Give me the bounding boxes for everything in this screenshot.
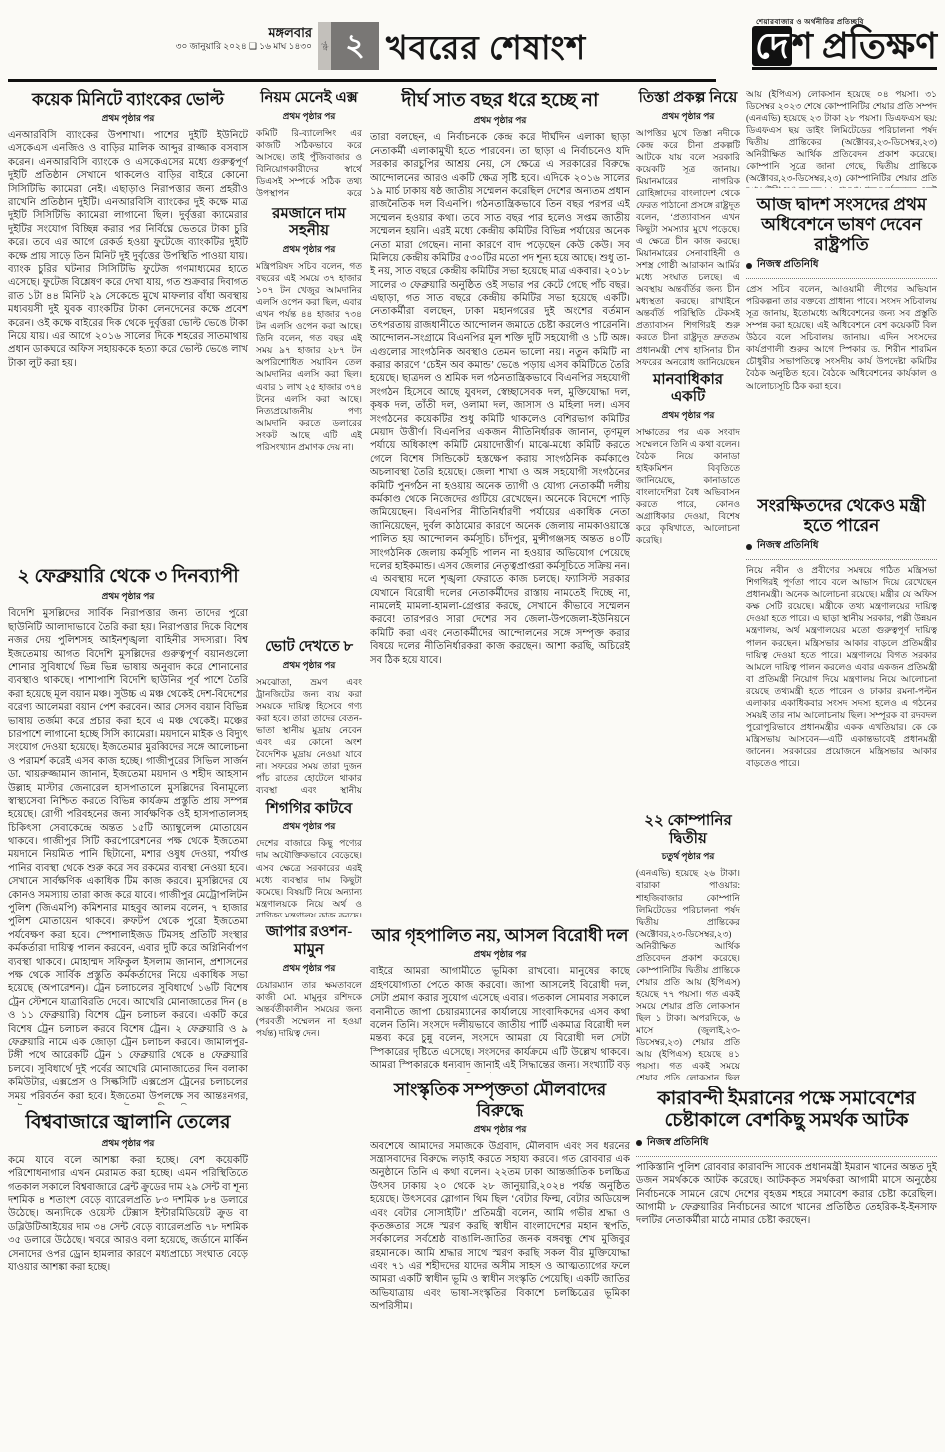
story-ministers: সংরক্ষিতদের থেকেও মন্ত্রী হতে পারেন নিজস… <box>746 496 937 1080</box>
byline-bullet-icon <box>636 1140 642 1146</box>
column-left: কয়েক মিনিটে ব্যাংকের ভোল্ট প্রথম পৃষ্ঠা… <box>8 88 248 1444</box>
story-body: প্রেস সচিব বলেন, আওয়ামী লীগের অভিযান পর… <box>746 283 937 489</box>
story-headline: আর গৃহপালিত নয়, আসল বিরোধী দল <box>370 926 630 946</box>
date-line: ৩০ জানুয়ারি ২০২৪ ❑ ১৬ মাঘ ১৪৩০ <box>150 41 312 51</box>
story-body: আয় (ইপিএস) লোকসান হয়েছে ০৪ পয়সা। ৩১ ড… <box>746 88 937 188</box>
story-headline: জাপার রওশন-মামুন <box>256 924 362 959</box>
byline-text: নিজস্ব প্রতিনিধি <box>647 1135 709 1152</box>
story-body: (এনএভি) হয়েছে ২৬ টাকা। বারাকা পাওয়ার: … <box>636 867 740 1080</box>
story-headline: সংরক্ষিতদের থেকেও মন্ত্রী হতে পারেন <box>746 496 937 536</box>
story-headline: দীর্ঘ সাত বছর ধরে হচ্ছে না <box>370 90 630 112</box>
story-headline: আজ দ্বাদশ সংসদের প্রথম অধিবেশনে ভাষণ দেব… <box>746 195 937 255</box>
story-eps-tail: আয় (ইপিএস) লোকসান হয়েছে ০৪ পয়সা। ৩১ ড… <box>746 88 937 188</box>
story-body: বিদেশি মুসল্লিদের সার্বিক নিরাপত্তার জন্… <box>8 607 248 1105</box>
byline: নিজস্ব প্রতিনিধি <box>746 257 937 279</box>
continued-from-label: প্রথম পৃষ্ঠার পর <box>256 242 362 257</box>
story-opposition: আর গৃহপালিত নয়, আসল বিরোধী দল প্রথম পৃষ… <box>370 926 630 1073</box>
story-headline: কারাবন্দী ইমরানের পক্ষে সমাবেশের চেষ্টাক… <box>636 1088 937 1133</box>
story-body: তারা বলছেন, এ নির্বাচনকে কেন্দ্র করে দীর… <box>370 131 630 919</box>
byline: নিজস্ব প্রতিনিধি <box>636 1135 937 1157</box>
story-companies22: ২২ কোম্পানির দ্বিতীয় চতুর্থ পৃষ্ঠার পর … <box>636 813 740 1080</box>
weekday: মঙ্গলবার <box>150 26 312 41</box>
continued-from-label: প্রথম পৃষ্ঠার পর <box>8 589 248 604</box>
byline: নিজস্ব প্রতিনিধি <box>746 538 937 560</box>
story-headline: কয়েক মিনিটে ব্যাংকের ভোল্ট <box>8 90 248 110</box>
byline-text: নিজস্ব প্রতিনিধি <box>757 257 819 274</box>
story-headline: ভোট দেখতে ৮ <box>256 639 362 657</box>
story-ramjan: রমজানে দাম সহনীয় প্রথম পৃষ্ঠার পর মন্ত্… <box>256 206 362 632</box>
header-rule <box>8 79 716 82</box>
story-headline: রমজানে দাম সহনীয় <box>256 206 362 241</box>
byline-text: নিজস্ব প্রতিনিধি <box>757 538 819 555</box>
continued-from-label: প্রথম পৃষ্ঠার পর <box>370 113 630 128</box>
page-number-badge: পৃষ্ঠা ২ <box>318 22 379 70</box>
column-middle: দীর্ঘ সাত বছর ধরে হচ্ছে না প্রথম পৃষ্ঠার… <box>370 88 630 1444</box>
story-headline: নিয়ম মেনেই এক্স <box>256 90 362 108</box>
newspaper-page: মঙ্গলবার ৩০ জানুয়ারি ২০২৪ ❑ ১৬ মাঘ ১৪৩০… <box>0 0 945 1452</box>
continued-from-label: প্রথম পৃষ্ঠার পর <box>8 111 248 126</box>
story-imran: কারাবন্দী ইমরানের পক্ষে সমাবেশের চেষ্টাক… <box>636 1088 937 1411</box>
story-vote8: ভোট দেখতে ৮ প্রথম পৃষ্ঠার পর সমঝোতা, ভ্র… <box>256 639 362 794</box>
continued-from-label: প্রথম পৃষ্ঠার পর <box>256 961 362 976</box>
story-oil: বিশ্ববাজারে জ্বালানি তেলের প্রথম পৃষ্ঠার… <box>8 1112 248 1403</box>
story-headline: সাংস্কৃতিক সম্পৃক্ততা মৌলবাদের বিরুদ্ধে <box>370 1080 630 1120</box>
story-body: কমে যাবে বলে আশঙ্কা করা হচ্ছে। বেশ কয়েক… <box>8 1154 248 1404</box>
story-body: চেয়ারম্যান তার ক্ষমতাবলে কাজী মো. মামুন… <box>256 979 362 1399</box>
story-body: সমঝোতা, ভ্রমণ এবং ট্রানজিটের জন্য ব্যয় … <box>256 676 362 794</box>
story-body: পাকিস্তানি পুলিশ রোববার কারাবন্দি সাবেক … <box>636 1161 937 1411</box>
story-headline: মানবাধিকার একটি <box>636 372 740 407</box>
continued-from-label: প্রথম পৃষ্ঠার পর <box>256 658 362 673</box>
masthead-title: দেশ প্রতিক্ষণ <box>752 28 937 64</box>
story-tista: তিস্তা প্রকল্প নিয়ে প্রথম পৃষ্ঠার পর আপ… <box>636 90 740 365</box>
byline-bullet-icon <box>746 263 752 269</box>
story-headline: ২২ কোম্পানির দ্বিতীয় <box>636 813 740 848</box>
continued-from-label: প্রথম পৃষ্ঠার পর <box>370 1122 630 1137</box>
story-body: কমিটি রি-ব্যালেন্সিং এর কাজটি সঠিকভাবে ক… <box>256 127 362 199</box>
story-body: দেশের বাজারে কিছু পণ্যের দাম অযৌক্তিকভাব… <box>256 837 362 917</box>
story-headline: তিস্তা প্রকল্প নিয়ে <box>636 90 740 108</box>
story-body: নিয়ে নবীন ও প্রবীণের সমন্বয়ে গঠিত মন্ত… <box>746 564 937 1080</box>
story-bnp: দীর্ঘ সাত বছর ধরে হচ্ছে না প্রথম পৃষ্ঠার… <box>370 90 630 919</box>
story-body: বাইরে আমরা আগামীতে ভূমিকা রাখবো। মানুষের… <box>370 965 630 1073</box>
continued-from-label: প্রথম পৃষ্ঠার পর <box>370 947 630 962</box>
column-right: আয় (ইপিএস) লোকসান হয়েছে ০৪ পয়সা। ৩১ ড… <box>746 88 937 1080</box>
date-block: মঙ্গলবার ৩০ জানুয়ারি ২০২৪ ❑ ১৬ মাঘ ১৪৩০ <box>150 26 312 51</box>
page-number: ২ <box>331 22 379 70</box>
story-shiggir: শিগগির কাটবে প্রথম পৃষ্ঠার পর দেশের বাজা… <box>256 801 362 918</box>
story-body: অবশেষে আমাদের সমাজকে উগ্রবাদ, মৌলবাদ এবং… <box>370 1140 630 1428</box>
story-rights: মানবাধিকার একটি প্রথম পৃষ্ঠার পর সাক্ষাত… <box>636 372 740 806</box>
story-body: মন্ত্রিপরিষদ সচিব বলেন, গত বছরের এই সময়… <box>256 260 362 632</box>
story-headline: ২ ফেব্রুয়ারি থেকে ৩ দিনব্যাপী <box>8 566 248 588</box>
continued-from-label: প্রথম পৃষ্ঠার পর <box>256 109 362 124</box>
byline-bullet-icon <box>746 544 752 550</box>
story-japa: জাপার রওশন-মামুন প্রথম পৃষ্ঠার পর চেয়ার… <box>256 924 362 1398</box>
page-label-strip: পৃষ্ঠা <box>318 22 331 70</box>
masthead-logo-block: দে <box>752 26 792 66</box>
story-headline: শিগগির কাটবে <box>256 801 362 819</box>
story-headline: বিশ্ববাজারে জ্বালানি তেলের <box>8 1112 248 1134</box>
story-culture: সাংস্কৃতিক সম্পৃক্ততা মৌলবাদের বিরুদ্ধে … <box>370 1080 630 1427</box>
section-title: খবরের শেষাংশ <box>386 22 586 78</box>
bottom-right-block: কারাবন্দী ইমরানের পক্ষে সমাবেশের চেষ্টাক… <box>636 1086 937 1446</box>
page-header: মঙ্গলবার ৩০ জানুয়ারি ২০২৪ ❑ ১৬ মাঘ ১৪৩০… <box>0 0 945 84</box>
masthead: শেয়ারবাজার ও অর্থনীতির প্রতিচ্ছবি দেশ প… <box>752 16 937 70</box>
page-label: পৃষ্ঠা <box>319 41 330 51</box>
story-ijtema: ২ ফেব্রুয়ারি থেকে ৩ দিনব্যাপী প্রথম পৃষ… <box>8 566 248 1105</box>
continued-from-label: প্রথম পৃষ্ঠার পর <box>636 109 740 124</box>
story-body: আপত্তির মুখে তিস্তা নদীকে কেন্দ্র করে চী… <box>636 127 740 365</box>
column-four: তিস্তা প্রকল্প নিয়ে প্রথম পৃষ্ঠার পর আপ… <box>636 88 740 1080</box>
masthead-title-rest: শ প্রতিক্ষণ <box>792 26 937 66</box>
continued-from-label: প্রথম পৃষ্ঠার পর <box>636 408 740 423</box>
column-two: নিয়ম মেনেই এক্স প্রথম পৃষ্ঠার পর কমিটি … <box>256 88 362 1444</box>
continued-from-label: প্রথম পৃষ্ঠার পর <box>256 819 362 834</box>
continued-from-label: প্রথম পৃষ্ঠার পর <box>8 1136 248 1151</box>
story-body: এনআরবিসি ব্যাংকের উপশাখা। পাশের দুইটি ইউ… <box>8 129 248 559</box>
continued-from-label: চতুর্থ পৃষ্ঠার পর <box>636 849 740 864</box>
story-body: সাক্ষাতের পর এক সংবাদ সম্মেলনে তিনি এ কথ… <box>636 426 740 806</box>
story-niyom: নিয়ম মেনেই এক্স প্রথম পৃষ্ঠার পর কমিটি … <box>256 90 362 199</box>
story-parliament: আজ দ্বাদশ সংসদের প্রথম অধিবেশনে ভাষণ দেব… <box>746 195 937 489</box>
story-bank-vault: কয়েক মিনিটে ব্যাংকের ভোল্ট প্রথম পৃষ্ঠা… <box>8 90 248 559</box>
